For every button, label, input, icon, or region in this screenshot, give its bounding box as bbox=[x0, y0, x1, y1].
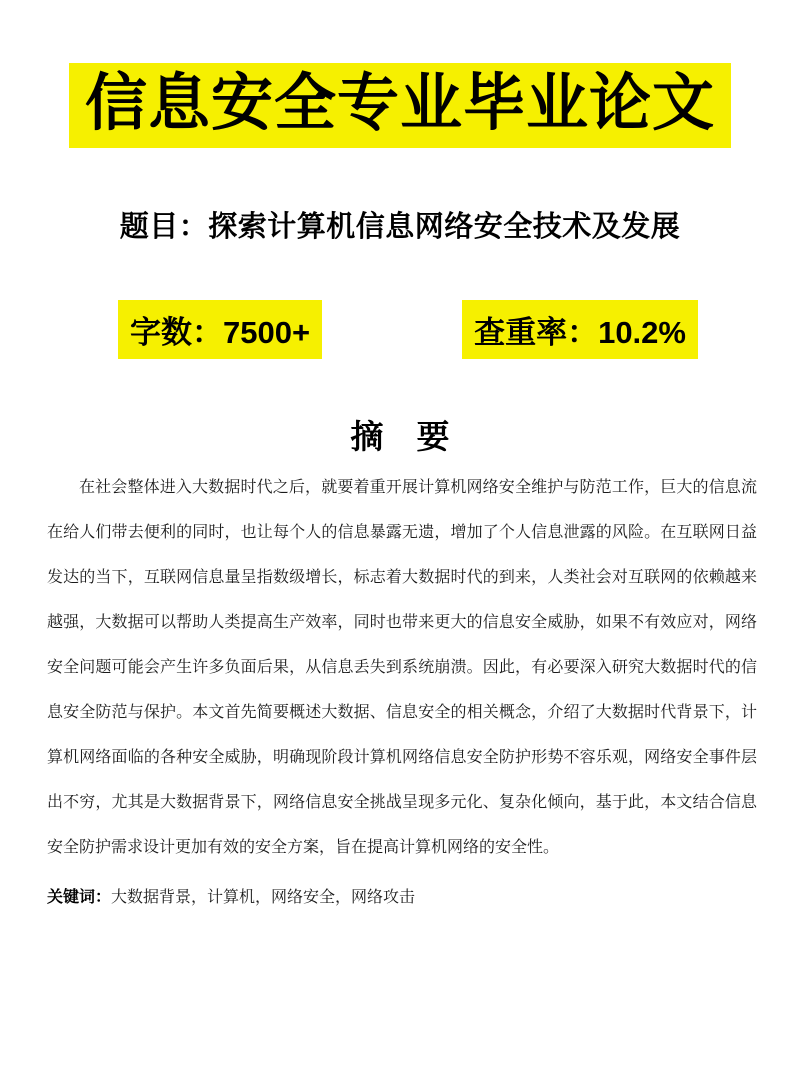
similarity-badge: 查重率：10.2% bbox=[462, 300, 698, 359]
word-count-badge: 字数：7500+ bbox=[118, 300, 322, 359]
abstract-heading: 摘 要 bbox=[0, 411, 800, 458]
keywords-label: 关键词： bbox=[47, 889, 111, 906]
word-count-value: 7500+ bbox=[223, 315, 310, 350]
keywords-line: 关键词：大数据背景，计算机，网络安全，网络攻击 bbox=[0, 886, 800, 910]
thesis-title-banner: 信息安全专业毕业论文 bbox=[0, 63, 800, 148]
similarity-label: 查重率： bbox=[474, 315, 598, 350]
topic-line: 题目：探索计算机信息网络安全技术及发展 bbox=[0, 204, 800, 245]
thesis-cover-page: 信息安全专业毕业论文 题目：探索计算机信息网络安全技术及发展 字数：7500+ … bbox=[0, 0, 800, 1067]
thesis-title: 信息安全专业毕业论文 bbox=[69, 63, 731, 148]
keywords-text: 大数据背景，计算机，网络安全，网络攻击 bbox=[111, 889, 415, 906]
stats-row: 字数：7500+ 查重率：10.2% bbox=[0, 300, 800, 359]
similarity-value: 10.2% bbox=[598, 315, 686, 350]
abstract-paragraph: 在社会整体进入大数据时代之后，就要着重开展计算机网络安全维护与防范工作，巨大的信… bbox=[0, 465, 800, 870]
word-count-label: 字数： bbox=[130, 315, 223, 350]
